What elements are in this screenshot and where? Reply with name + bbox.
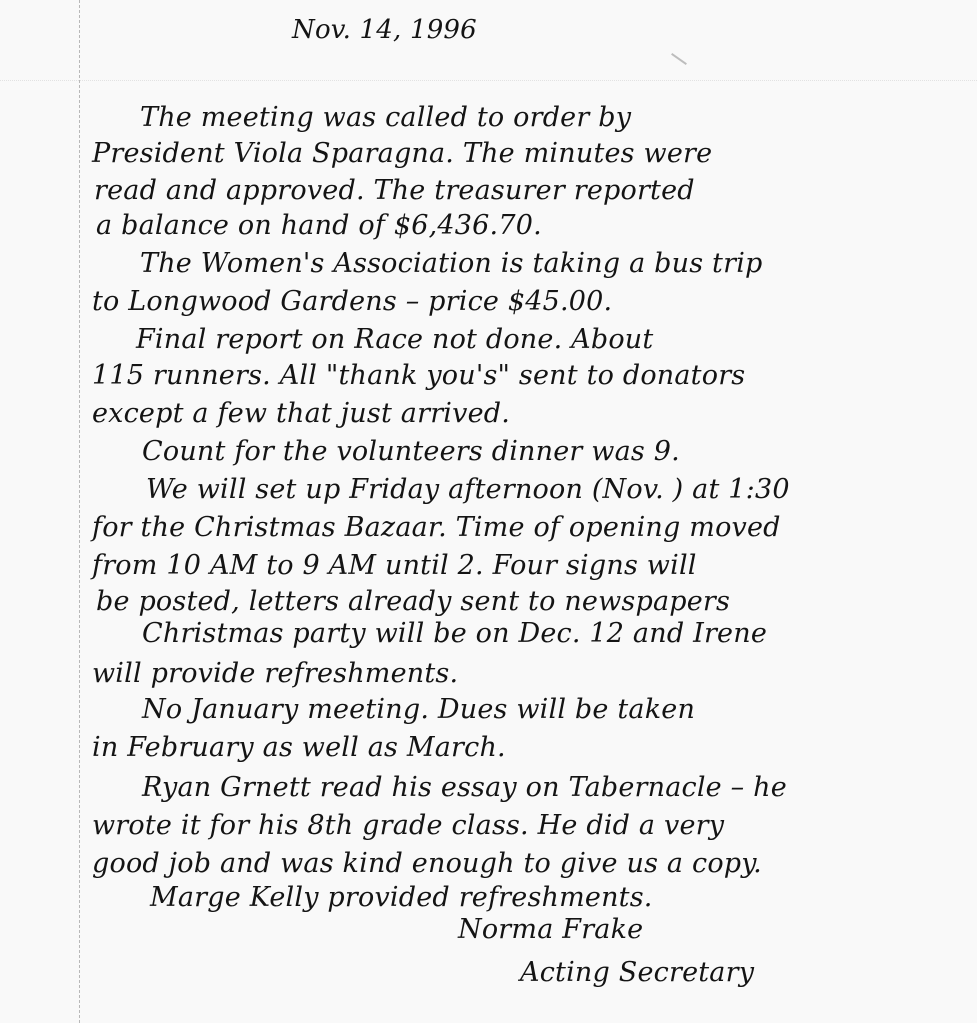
minutes-line: read and approved. The treasurer reporte…	[94, 173, 695, 209]
minutes-line: We will set up Friday afternoon (Nov. ) …	[146, 472, 790, 508]
minutes-line: be posted, letters already sent to newsp…	[96, 584, 730, 620]
document-page: Nov. 14, 1996 The meeting was called to …	[0, 0, 977, 1023]
stray-pencil-mark	[671, 53, 687, 65]
minutes-line: from 10 AM to 9 AM until 2. Four signs w…	[92, 548, 697, 584]
signature-name: Norma Frake	[458, 912, 643, 948]
minutes-line: The meeting was called to order by	[140, 100, 631, 136]
minutes-line: President Viola Sparagna. The minutes we…	[92, 136, 712, 172]
minutes-line: good job and was kind enough to give us …	[92, 846, 762, 882]
minutes-line: for the Christmas Bazaar. Time of openin…	[92, 510, 781, 546]
minutes-line: will provide refreshments.	[92, 656, 458, 692]
minutes-line: wrote it for his 8th grade class. He did…	[92, 808, 724, 844]
minutes-line: Final report on Race not done. About	[136, 322, 653, 358]
margin-line	[79, 0, 80, 1023]
document-date: Nov. 14, 1996	[292, 12, 477, 48]
minutes-line: No January meeting. Dues will be taken	[142, 692, 695, 728]
minutes-line: 115 runners. All "thank you's" sent to d…	[92, 358, 745, 394]
minutes-line: in February as well as March.	[92, 730, 506, 766]
signature-title: Acting Secretary	[520, 955, 754, 991]
minutes-line: a balance on hand of $6,436.70.	[96, 208, 542, 244]
minutes-line: Christmas party will be on Dec. 12 and I…	[142, 616, 767, 652]
minutes-line: Count for the volunteers dinner was 9.	[142, 434, 680, 470]
top-rule-line	[0, 80, 977, 81]
minutes-line: to Longwood Gardens – price $45.00.	[92, 284, 612, 320]
minutes-line: Marge Kelly provided refreshments.	[150, 880, 653, 916]
minutes-line: except a few that just arrived.	[92, 396, 510, 432]
minutes-line: The Women's Association is taking a bus …	[140, 246, 763, 282]
minutes-line: Ryan Grnett read his essay on Tabernacle…	[142, 770, 787, 806]
